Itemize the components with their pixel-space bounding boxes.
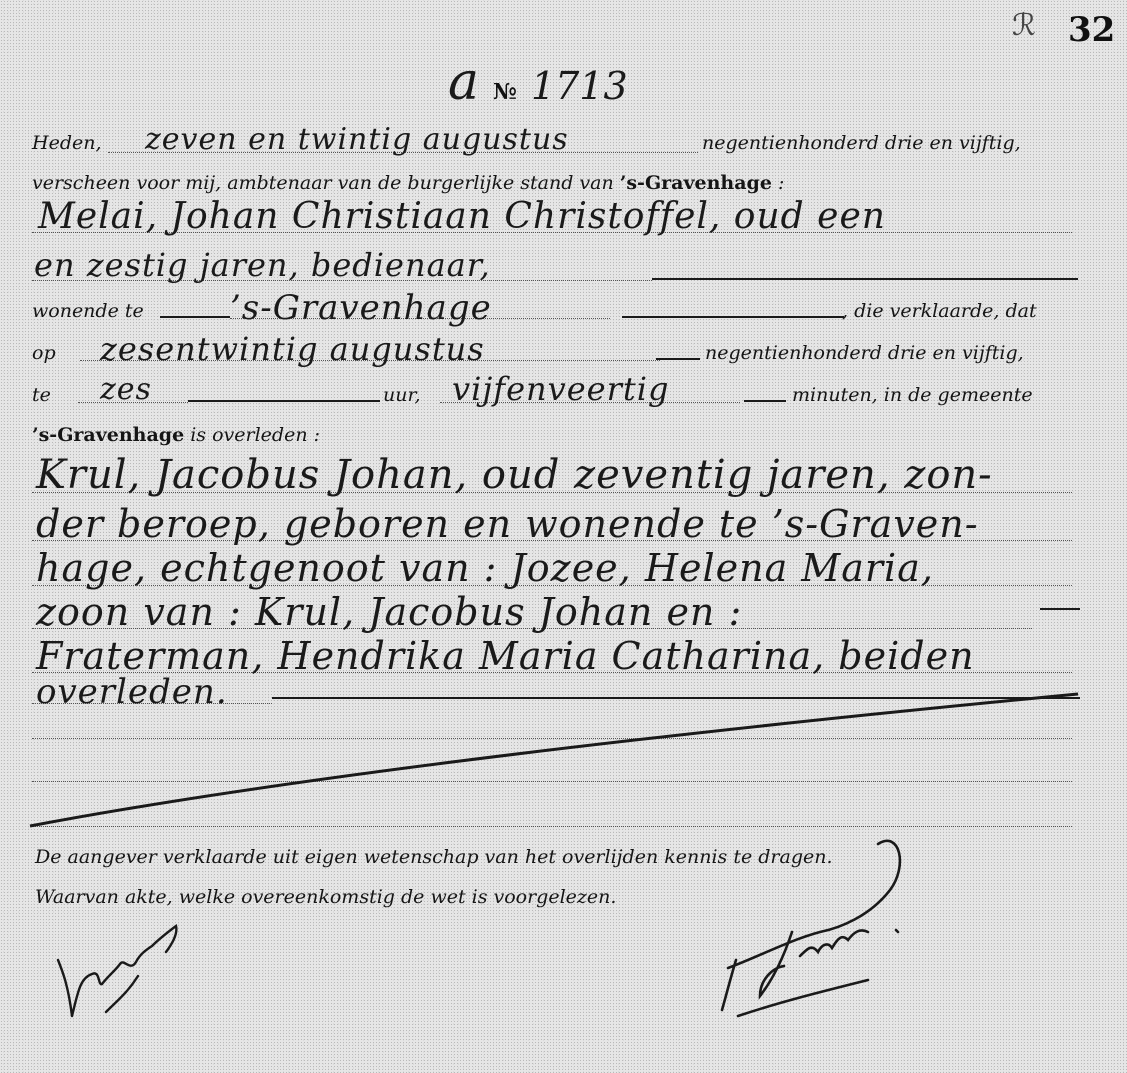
handwritten-declarant-1: Melai, Johan Christiaan Christoffel, oud… [38,196,886,237]
corner-mark: ℛ [1012,8,1036,43]
signature-declarant-icon [40,912,200,1022]
handwritten-minutes: vijfenveertig [452,370,669,408]
handwritten-residence: ’s-Gravenhage [230,288,492,328]
signature-registrar: J. Santen [700,820,960,1020]
municipality-name: ’s-Gravenhage [32,424,184,446]
died-text: is overleden : [184,424,320,446]
handwritten-death-date: zesentwintig augustus [100,330,485,368]
filler-rule [1040,608,1080,610]
hour-label: uur, [383,384,421,406]
handwritten-declarant-2: en zestig jaren, bedienaar, [34,246,491,284]
label-on: op [32,342,56,364]
signature-registrar-icon [700,820,960,1020]
handwritten-date: zeven en twintig augustus [145,122,569,157]
page-number: 32 [1068,10,1115,50]
year-text: negentienhonderd drie en vijftig, [702,132,1021,154]
appearance-statement: verscheen voor mij, ambtenaar van de bur… [32,172,784,194]
handwritten-deceased-1: Krul, Jacobus Johan, oud zeventig jaren,… [36,452,993,498]
act-number-heading: a № 1713 [448,52,628,112]
handwritten-hour: zes [100,372,152,407]
filler-rule [160,316,230,318]
colon: : [772,172,784,194]
label-at: te [32,384,51,406]
closing-statement-2: Waarvan akte, welke overeenkomstig de we… [35,886,616,908]
filler-rule [744,400,786,402]
filler-rule [188,400,380,402]
number-sign: № [493,79,517,105]
declared-text: , die verklaarde, dat [842,300,1037,322]
filler-rule [656,358,700,360]
municipality-name: ’s-Gravenhage [620,172,772,194]
death-year-text: negentienhonderd drie en vijftig, [705,342,1024,364]
series-letter: a [448,52,479,112]
label-heden: Heden, [32,132,102,154]
filler-rule [652,278,1078,280]
appearance-text: verscheen voor mij, ambtenaar van de bur… [32,172,620,194]
deceased-statement: ’s-Gravenhage is overleden : [32,424,320,446]
handwritten-deceased-3: hage, echtgenoot van : Jozee, Helena Mar… [36,546,934,590]
strike-through-line [0,690,1127,840]
minutes-text: minuten, in de gemeente [792,384,1033,406]
filler-rule [622,316,844,318]
label-residing: wonende te [32,300,144,322]
handwritten-deceased-4: zoon van : Krul, Jacobus Johan en : [36,590,742,634]
handwritten-deceased-2: der beroep, geboren en wonende te ’s-Gra… [36,502,979,546]
signature-declarant: Melai [40,912,200,1022]
act-number: 1713 [531,64,628,108]
